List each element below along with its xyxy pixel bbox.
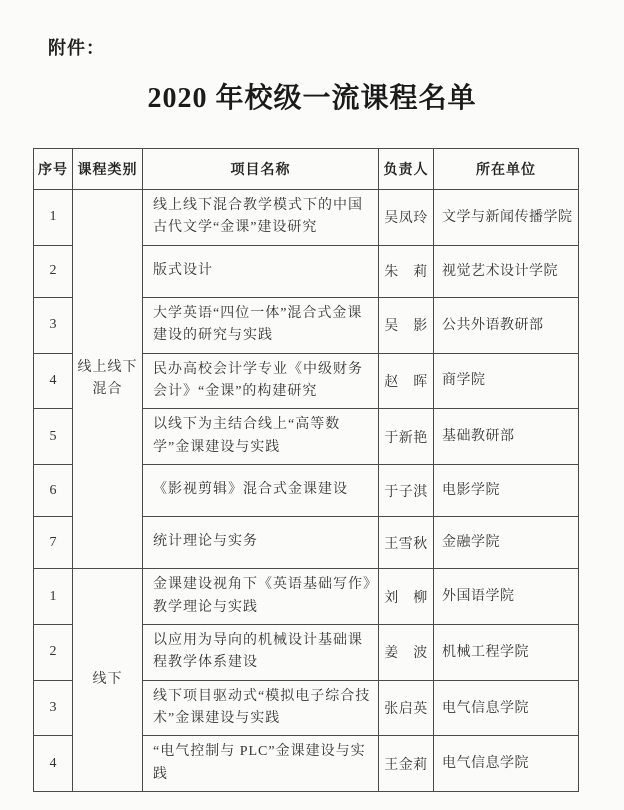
table-row: 1线上线下 混合线上线下混合教学模式下的中国古代文学“金课”建设研究吴凤玲文学与… [34, 190, 579, 246]
row-number-cell: 4 [34, 353, 73, 409]
leader-cell: 张启英 [379, 680, 434, 736]
project-name-cell: 版式设计 [143, 245, 379, 297]
row-number-cell: 5 [34, 409, 73, 465]
project-name-cell: 金课建设视角下《英语基础写作》教学理论与实践 [143, 569, 379, 625]
leader-cell: 王金莉 [379, 736, 434, 792]
row-number-cell: 1 [34, 569, 73, 625]
col-header-no: 序号 [34, 149, 73, 190]
col-header-unit: 所在单位 [434, 149, 579, 190]
col-header-leader: 负责人 [379, 149, 434, 190]
unit-cell: 文学与新闻传播学院 [434, 190, 579, 246]
row-number-cell: 4 [34, 736, 73, 792]
unit-cell: 金融学院 [434, 517, 579, 569]
project-name-cell: 以线下为主结合线上“高等数学”金课建设与实践 [143, 409, 379, 465]
project-name-cell: “电气控制与 PLC”金课建设与实践 [143, 736, 379, 792]
unit-cell: 机械工程学院 [434, 624, 579, 680]
table-row: 1线下金课建设视角下《英语基础写作》教学理论与实践刘 柳外国语学院 [34, 569, 579, 625]
unit-cell: 电气信息学院 [434, 680, 579, 736]
row-number-cell: 1 [34, 190, 73, 246]
col-header-project: 项目名称 [143, 149, 379, 190]
leader-cell: 赵 晖 [379, 353, 434, 409]
row-number-cell: 3 [34, 297, 73, 353]
project-name-cell: 统计理论与实务 [143, 517, 379, 569]
course-category-cell: 线下 [73, 569, 143, 792]
attachment-label: 附件： [48, 34, 105, 60]
document-page: 附件： 2020 年校级一流课程名单 序号课程类别项目名称负责人所在单位 1线上… [0, 0, 624, 810]
course-table: 序号课程类别项目名称负责人所在单位 1线上线下 混合线上线下混合教学模式下的中国… [33, 148, 579, 792]
row-number-cell: 2 [34, 624, 73, 680]
project-name-cell: 大学英语“四位一体”混合式金课建设的研究与实践 [143, 297, 379, 353]
unit-cell: 基础教研部 [434, 409, 579, 465]
project-name-cell: 线下项目驱动式“模拟电子综合技术”金课建设与实践 [143, 680, 379, 736]
col-header-category: 课程类别 [73, 149, 143, 190]
row-number-cell: 3 [34, 680, 73, 736]
project-name-cell: 线上线下混合教学模式下的中国古代文学“金课”建设研究 [143, 190, 379, 246]
leader-cell: 于新艳 [379, 409, 434, 465]
project-name-cell: 《影视剪辑》混合式金课建设 [143, 465, 379, 517]
leader-cell: 吴凤玲 [379, 190, 434, 246]
leader-cell: 姜 波 [379, 624, 434, 680]
unit-cell: 公共外语教研部 [434, 297, 579, 353]
unit-cell: 外国语学院 [434, 569, 579, 625]
project-name-cell: 民办高校会计学专业《中级财务会计》“金课”的构建研究 [143, 353, 379, 409]
leader-cell: 刘 柳 [379, 569, 434, 625]
row-number-cell: 2 [34, 245, 73, 297]
unit-cell: 电影学院 [434, 465, 579, 517]
project-name-cell: 以应用为导向的机械设计基础课程教学体系建设 [143, 624, 379, 680]
unit-cell: 视觉艺术设计学院 [434, 245, 579, 297]
row-number-cell: 6 [34, 465, 73, 517]
unit-cell: 商学院 [434, 353, 579, 409]
row-number-cell: 7 [34, 517, 73, 569]
course-category-cell: 线上线下 混合 [73, 190, 143, 569]
unit-cell: 电气信息学院 [434, 736, 579, 792]
page-title: 2020 年校级一流课程名单 [0, 76, 624, 116]
leader-cell: 朱 莉 [379, 245, 434, 297]
leader-cell: 王雪秋 [379, 517, 434, 569]
leader-cell: 于子淇 [379, 465, 434, 517]
table-header-row: 序号课程类别项目名称负责人所在单位 [34, 149, 579, 190]
leader-cell: 吴 影 [379, 297, 434, 353]
